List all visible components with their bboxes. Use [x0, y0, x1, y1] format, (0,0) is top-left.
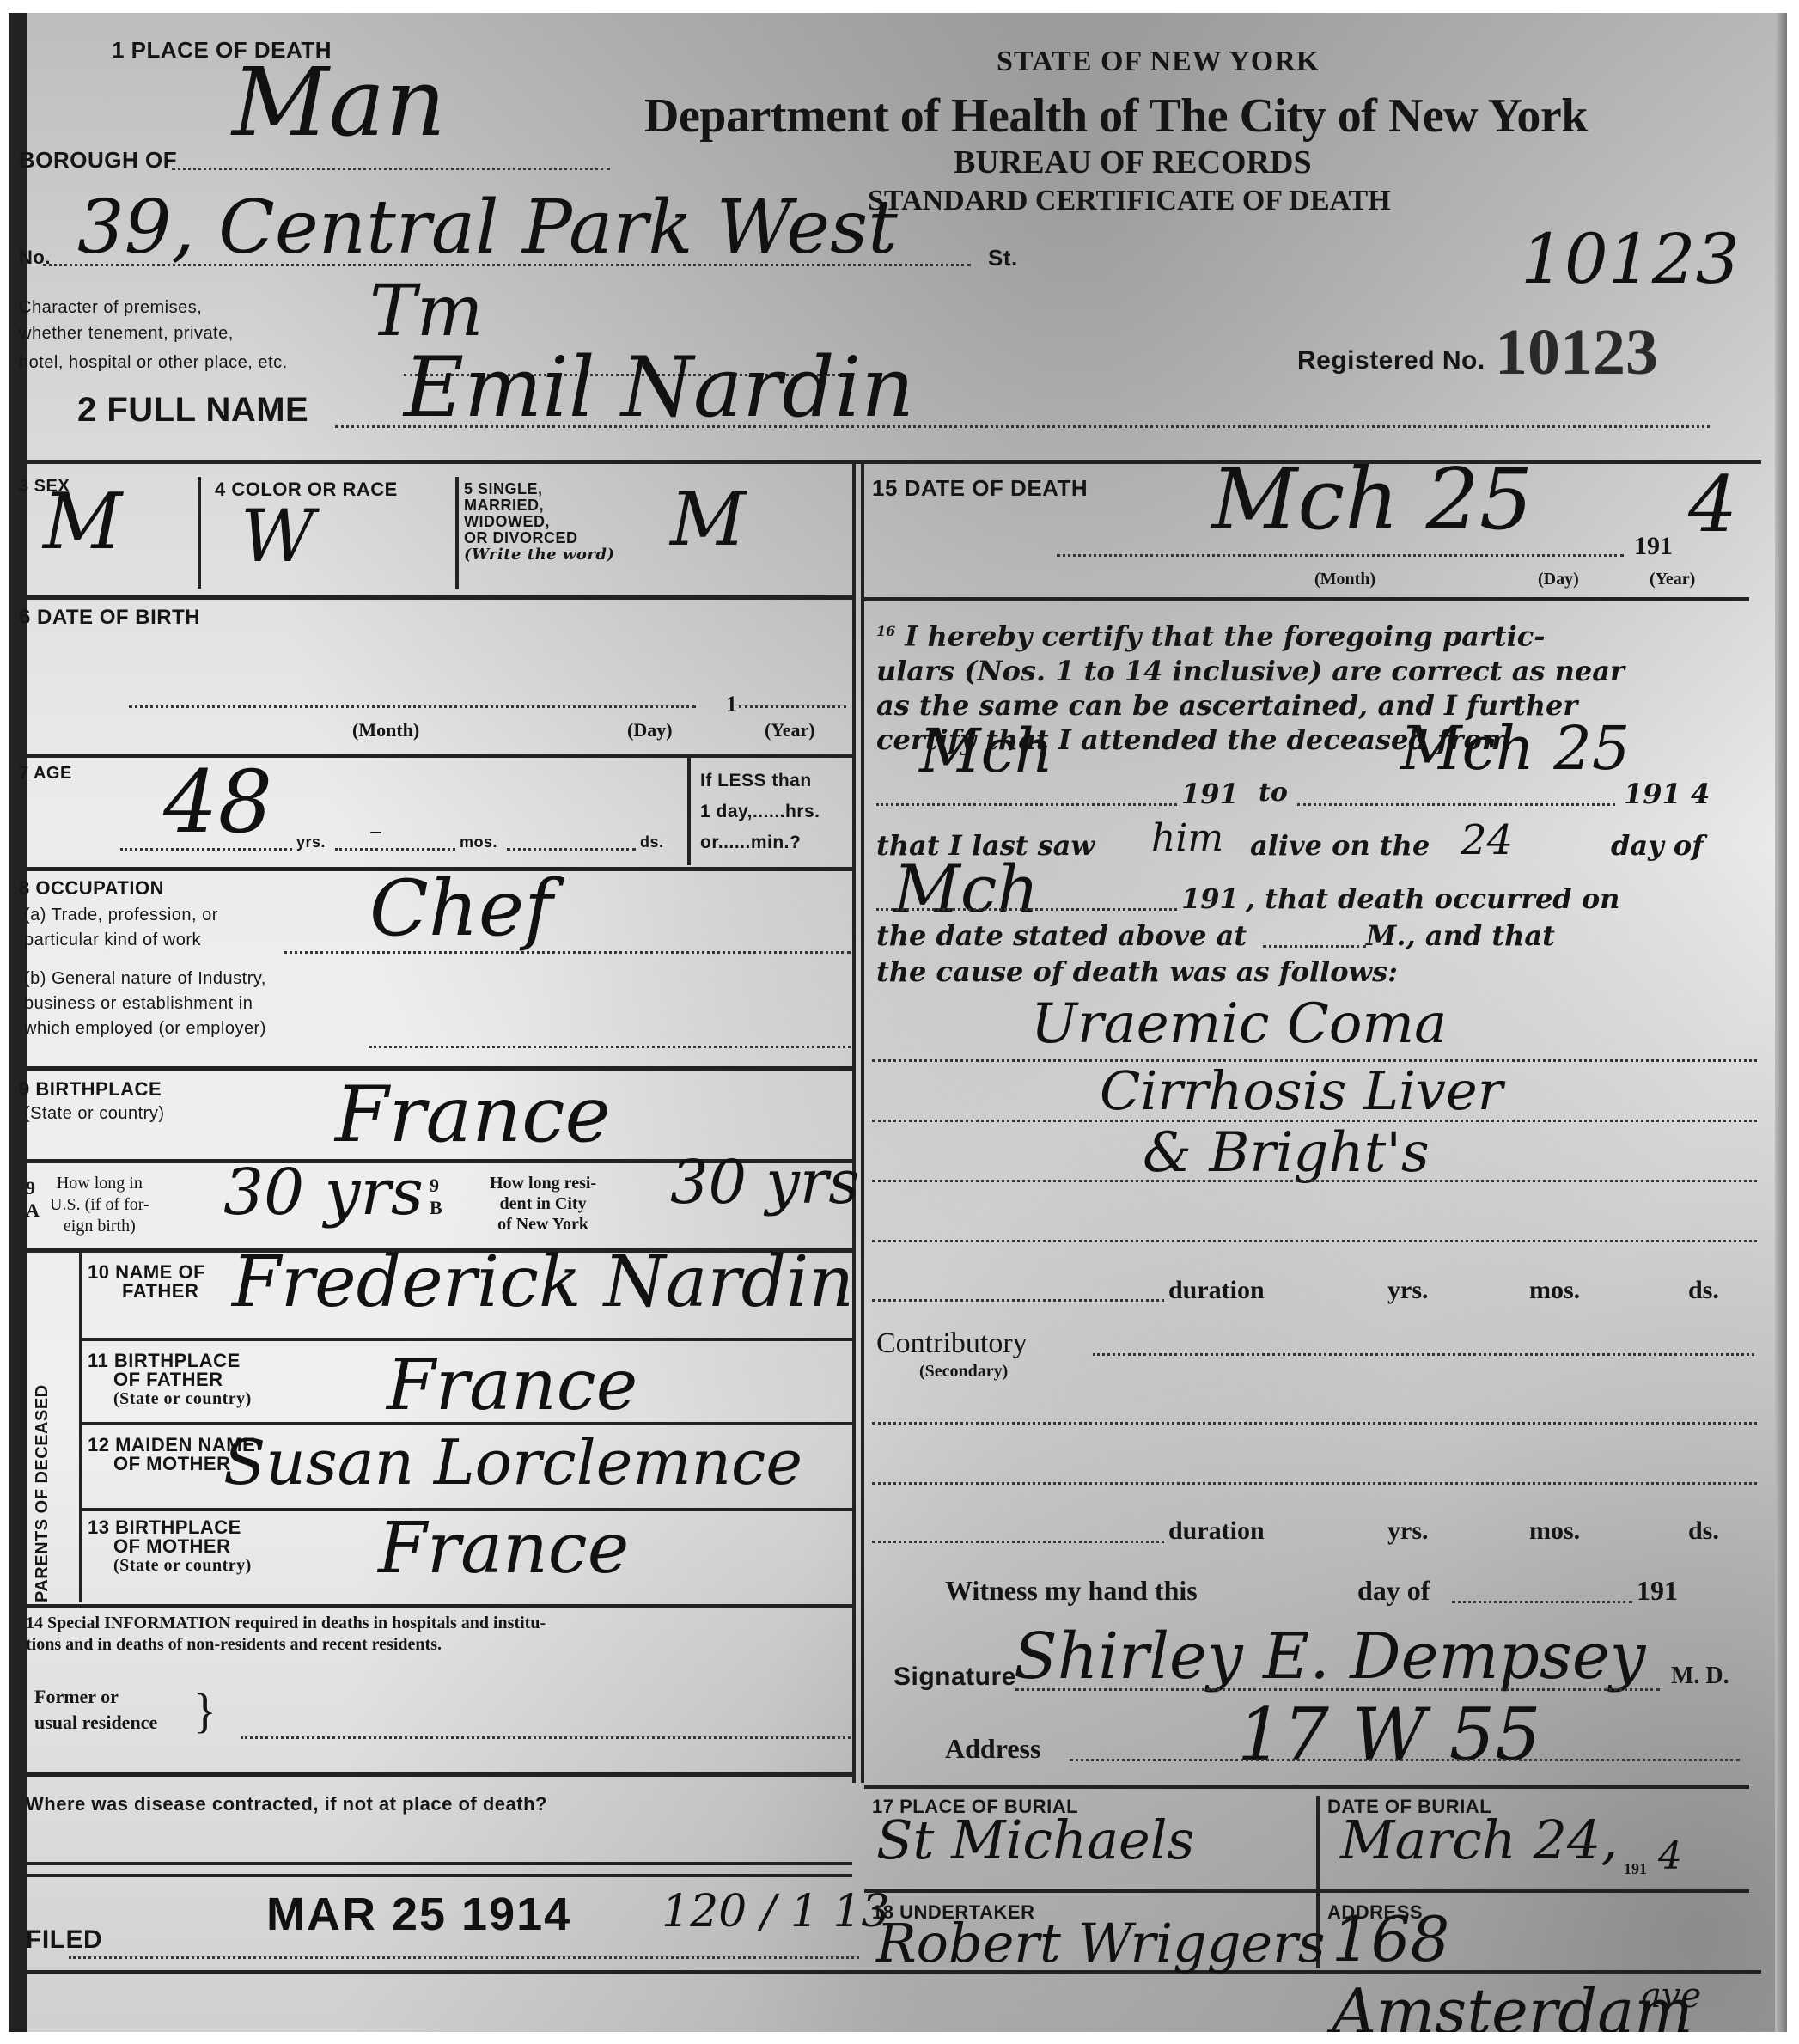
date-of-burial-year-prefix: 191: [1624, 1860, 1647, 1878]
cause-of-death-label: the cause of death was as follows:: [876, 955, 1398, 988]
mother-birthplace-value: France: [378, 1508, 629, 1589]
father-birthplace-label-line: 11 BIRTHPLACE: [88, 1351, 252, 1370]
filed-label: FILED: [26, 1925, 102, 1955]
marital-label-line: MARRIED,: [464, 497, 614, 514]
marital-label-line: 5 SINGLE,: [464, 481, 614, 497]
divider-after-disease: [26, 1862, 852, 1865]
duration-mos-label-1: mos.: [1529, 1276, 1580, 1305]
place-of-burial-value: St Michaels: [876, 1809, 1194, 1871]
mother-birthplace-label-line: (State or country): [88, 1556, 252, 1575]
dob-year-label: (Year): [765, 719, 815, 741]
how-long-us-line: How long in: [50, 1173, 149, 1194]
father-name-label: 10 NAME OF FATHER: [88, 1263, 205, 1301]
divider-after-father: [82, 1338, 852, 1341]
contributory-line-2: [872, 1422, 1757, 1425]
divider-after-father-birthplace: [82, 1422, 852, 1425]
mother-birthplace-label-line: OF MOTHER: [88, 1537, 252, 1556]
how-long-us-value: 30 yrs: [223, 1156, 424, 1229]
premises-label-3: hotel, hospital or other place, etc.: [19, 353, 288, 373]
witness-month-line: [1452, 1601, 1632, 1603]
duration-label-1: duration: [1168, 1276, 1265, 1305]
undertaker-value: Robert Wriggers: [876, 1912, 1326, 1974]
occupation-a-label: (a) Trade, profession, or particular kin…: [24, 903, 218, 953]
full-name-label: 2 FULL NAME: [77, 391, 308, 430]
date-stated-label: the date stated above at: [876, 919, 1247, 952]
duration-yrs-label-2: yrs.: [1387, 1516, 1429, 1546]
former-residence-line: usual residence: [34, 1710, 157, 1736]
cause-line-3: [872, 1180, 1757, 1182]
divider-after-former-residence: [26, 1772, 852, 1777]
divider-after-dob: [26, 754, 852, 758]
father-name-label-line: FATHER: [88, 1282, 205, 1301]
dob-year-prefix: 1: [726, 692, 737, 717]
divider-before-burial: [864, 1785, 1749, 1789]
undertaker-address-value: 168 Amsterdam: [1332, 1903, 1787, 2032]
am-pm-label: M., and that: [1366, 919, 1555, 952]
father-birthplace-label-line: (State or country): [88, 1389, 252, 1408]
duration-ds-label-1: ds.: [1688, 1276, 1719, 1305]
dob-line: [129, 705, 696, 708]
address-label: Address: [945, 1733, 1040, 1765]
registered-label: Registered No.: [1297, 346, 1485, 375]
borough-label: BOROUGH OF: [19, 147, 177, 174]
marital-label-line: WIDOWED,: [464, 514, 614, 530]
department-heading: Department of Health of The City of New …: [644, 88, 1588, 143]
last-saw-day-value: 24: [1461, 816, 1513, 864]
sex-race-divider: [198, 477, 201, 589]
age-years-label: yrs.: [296, 833, 326, 851]
age-less-line: If LESS than: [700, 766, 820, 796]
occupation-b-label: (b) General nature of Industry, business…: [24, 967, 266, 1041]
duration-ds-label-2: ds.: [1688, 1516, 1719, 1546]
date-of-death-value: Mch 25: [1211, 451, 1533, 549]
full-name-line: [335, 425, 1710, 428]
birthplace-value: France: [335, 1070, 611, 1160]
undertaker-address-value-2: ave: [1641, 1976, 1701, 2016]
secondary-label: (Secondary): [919, 1362, 1008, 1382]
cause-line-4: [872, 1240, 1757, 1242]
signature-line: [1015, 1688, 1660, 1691]
age-less-line: 1 day,......hrs.: [700, 796, 820, 827]
father-name-label-line: 10 NAME OF: [88, 1263, 205, 1282]
marital-label: 5 SINGLE, MARRIED, WIDOWED, OR DIVORCED …: [464, 481, 614, 563]
divider-after-marital: [26, 595, 852, 600]
father-name-value: Frederick Nardin: [232, 1242, 854, 1323]
day-of-label: day of: [1611, 829, 1704, 862]
borough-line: [172, 168, 610, 170]
age-months-line: [335, 848, 455, 851]
divider-after-burial: [864, 1889, 1749, 1893]
dob-month-label: (Month): [352, 719, 419, 741]
special-info-line: 14 Special INFORMATION required in death…: [26, 1613, 546, 1634]
age-label: 7 AGE: [19, 764, 72, 784]
occupation-label: 8 OCCUPATION: [19, 877, 164, 900]
divider-after-parents: [26, 1604, 852, 1608]
cause-of-death-1: Uraemic Coma: [1031, 992, 1447, 1056]
cert-line: I hereby certify that the foregoing part…: [905, 620, 1545, 653]
attended-from-line: [876, 803, 1177, 806]
registered-number-stamped: 10123: [1495, 315, 1658, 390]
time-line: [1263, 945, 1366, 948]
filed-handwritten-mark: 120 / 1 13: [662, 1886, 890, 1937]
attended-to-line: [1297, 803, 1615, 806]
how-long-city-label: How long resi- dent in City of New York: [490, 1173, 596, 1235]
father-birthplace-value: France: [387, 1345, 637, 1426]
duration-label-2: duration: [1168, 1516, 1265, 1546]
attended-from-value: Mch: [919, 716, 1053, 786]
bureau-heading: BUREAU OF RECORDS: [954, 143, 1312, 181]
mother-birthplace-label-line: 13 BIRTHPLACE: [88, 1518, 252, 1537]
sex-value: M: [43, 477, 122, 567]
age-months-label: mos.: [460, 833, 497, 851]
certification-number: 16: [876, 623, 895, 639]
certifier-address-value: 17 W 55: [1237, 1693, 1541, 1777]
age-less-divider: [687, 754, 691, 865]
occupation-b-line-rule: [369, 1046, 851, 1048]
how-long-us-line: U.S. (if of for-: [50, 1194, 149, 1216]
death-certificate-scan: 1 PLACE OF DEATH Man STATE OF NEW YORK D…: [9, 13, 1787, 2032]
registered-number-handwritten: 10123: [1521, 219, 1740, 299]
how-long-city-value: 30 yrs: [670, 1147, 859, 1217]
attended-to-label: to: [1259, 778, 1288, 808]
occupation-a-line: particular kind of work: [24, 928, 218, 953]
filed-line: [69, 1956, 859, 1959]
age-months-value: –: [369, 816, 382, 846]
dod-day-label: (Day): [1538, 570, 1579, 589]
contributory-line-3: [872, 1482, 1757, 1485]
street-value: 39, Central Park West: [77, 185, 898, 271]
witness-year: 191: [1637, 1575, 1678, 1607]
former-residence-label: Former or usual residence: [34, 1684, 157, 1736]
scan-right-border: [1775, 13, 1787, 2032]
street-line: [43, 264, 971, 266]
how-long-city-line: of New York: [490, 1214, 596, 1235]
mother-birthplace-label: 13 BIRTHPLACE OF MOTHER (State or countr…: [88, 1518, 252, 1575]
marital-label-line: OR DIVORCED: [464, 530, 614, 546]
former-residence-line-rule: [241, 1736, 851, 1739]
father-birthplace-label-line: OF FATHER: [88, 1370, 252, 1389]
contributory-line: [1093, 1353, 1754, 1356]
center-divider-a: [852, 460, 856, 1783]
divider-after-disease-2: [26, 1874, 852, 1877]
attended-to-year: 191 4: [1624, 778, 1710, 810]
age-days-label: ds.: [640, 833, 664, 851]
attended-from-year: 191: [1181, 778, 1239, 810]
duration-mos-label-2: mos.: [1529, 1516, 1580, 1546]
color-race-value: W: [241, 494, 314, 578]
filed-date-stamp: MAR 25 1914: [266, 1888, 571, 1941]
duration-yrs-label-1: yrs.: [1387, 1276, 1429, 1305]
date-of-death-label: 15 DATE OF DEATH: [872, 475, 1088, 502]
date-of-burial-year-suffix: 4: [1658, 1834, 1682, 1878]
dod-year-label: (Year): [1650, 570, 1695, 589]
age-years-line: [120, 848, 292, 851]
parents-side-divider: [79, 1250, 82, 1602]
dod-month-label: (Month): [1314, 570, 1375, 589]
witness-day-label: day of: [1357, 1575, 1430, 1607]
street-suffix: St.: [988, 245, 1018, 272]
alive-on-label: alive on the: [1250, 829, 1430, 862]
last-saw-value: him: [1151, 816, 1223, 860]
center-divider-b: [861, 460, 864, 1783]
last-saw-line: [876, 908, 1177, 911]
race-marital-divider: [455, 477, 459, 589]
how-long-us-line: eign birth): [50, 1216, 149, 1237]
special-info-line: tions and in deaths of non-residents and…: [26, 1634, 546, 1656]
cause-of-death-3: & Bright's: [1143, 1121, 1430, 1185]
birthplace-sublabel: (State or country): [24, 1104, 165, 1124]
date-of-birth-label: 6 DATE OF BIRTH: [19, 606, 200, 630]
occupation-b-line: which employed (or employer): [24, 1016, 266, 1041]
age-days-line: [507, 848, 636, 851]
contributory-label: Contributory: [876, 1327, 1028, 1360]
full-name-value: Emil Nardin: [404, 339, 914, 436]
premises-label-2: whether tenement, private,: [19, 324, 234, 344]
age-less-than-label: If LESS than 1 day,......hrs. or......mi…: [700, 766, 820, 858]
marital-label-line: (Write the word): [464, 546, 614, 563]
last-saw-year: 191: [1181, 882, 1239, 915]
duration-lead-line-2: [872, 1541, 1164, 1543]
certificate-title: STANDARD CERTIFICATE OF DEATH: [868, 185, 1391, 217]
occupation-a-line-rule: [284, 951, 851, 954]
last-saw-month-value: Mch: [893, 851, 1039, 927]
birthplace-label: 9 BIRTHPLACE: [19, 1078, 162, 1101]
special-info-label: 14 Special INFORMATION required in death…: [26, 1613, 546, 1656]
how-long-us-label: How long in U.S. (if of for- eign birth): [50, 1173, 149, 1237]
age-value: 48: [163, 752, 272, 852]
parents-side-label: PARENTS OF DECEASED: [33, 1384, 52, 1602]
dob-year-line: [739, 705, 846, 708]
occupation-b-line: (b) General nature of Industry,: [24, 967, 266, 991]
cert-line: ulars (Nos. 1 to 14 inclusive) are corre…: [876, 654, 1753, 688]
how-long-us-prefix: 9 A: [26, 1177, 43, 1222]
duration-lead-line-1: [872, 1299, 1164, 1302]
brace-icon: }: [193, 1684, 216, 1739]
date-of-death-line: [1057, 554, 1624, 557]
occupation-a-line: (a) Trade, profession, or: [24, 903, 218, 928]
disease-contracted-label: Where was disease contracted, if not at …: [26, 1793, 547, 1815]
date-of-burial-value: March 24,: [1340, 1809, 1618, 1871]
death-occurred-label: , that death occurred on: [1246, 882, 1619, 915]
state-heading: STATE OF NEW YORK: [997, 46, 1320, 78]
how-long-city-line: dent in City: [490, 1193, 596, 1214]
marital-value: M: [670, 477, 746, 563]
father-birthplace-label: 11 BIRTHPLACE OF FATHER (State or countr…: [88, 1351, 252, 1408]
cause-of-death-2: Cirrhosis Liver: [1100, 1059, 1503, 1122]
how-long-city-line: How long resi-: [490, 1173, 596, 1193]
dob-day-label: (Day): [627, 719, 673, 741]
former-residence-line: Former or: [34, 1684, 157, 1710]
signature-value: Shirley E. Dempsey: [1014, 1620, 1645, 1693]
borough-value: Man: [232, 47, 446, 157]
how-long-city-prefix: 9 B: [430, 1175, 455, 1219]
occupation-b-line: business or establishment in: [24, 991, 266, 1016]
age-less-line: or......min.?: [700, 827, 820, 858]
address-line: [1070, 1759, 1740, 1761]
premises-label-1: Character of premises,: [19, 298, 202, 318]
mother-maiden-value: Susan Lorclemnce: [223, 1426, 802, 1498]
date-of-death-year-suffix: 4: [1688, 460, 1737, 550]
occupation-value: Chef: [369, 863, 552, 954]
witness-label: Witness my hand this: [945, 1575, 1198, 1607]
date-of-death-year-prefix: 191: [1634, 532, 1673, 561]
divider-after-dod: [864, 597, 1749, 601]
signature-label: Signature: [893, 1663, 1016, 1692]
attended-to-value: Mch 25: [1400, 713, 1630, 784]
md-label: M. D.: [1671, 1663, 1729, 1690]
